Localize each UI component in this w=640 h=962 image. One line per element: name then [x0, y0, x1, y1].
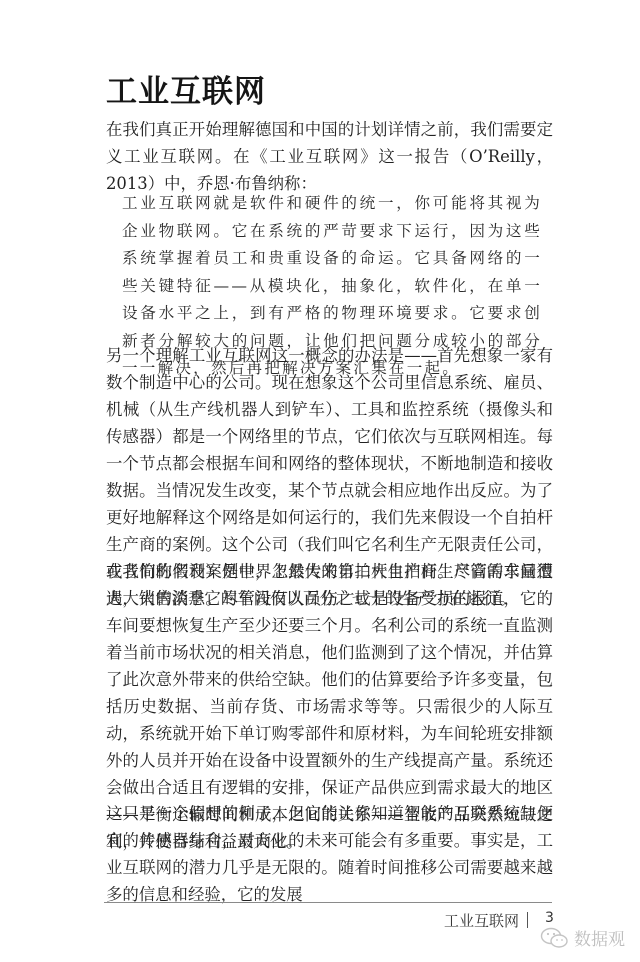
footer-separator: [527, 912, 528, 928]
footer-rule: [104, 902, 552, 903]
watermark-text: 数据观: [574, 925, 625, 950]
intro-paragraph: 在我们真正开始理解德国和中国的计划详情之前，我们需要定义工业互联网。在《工业互联…: [106, 116, 553, 197]
wechat-icon: [540, 927, 570, 949]
page-title: 工业互联网: [106, 66, 266, 111]
body-paragraph-4: 这只是一个假想的例子，但它能让你知道智能的互联系统与便宜的传感器结合，对商业的未…: [106, 800, 553, 908]
page-number: 3: [545, 910, 554, 926]
watermark: 数据观: [540, 925, 625, 950]
running-title: 工业互联网: [444, 910, 519, 931]
